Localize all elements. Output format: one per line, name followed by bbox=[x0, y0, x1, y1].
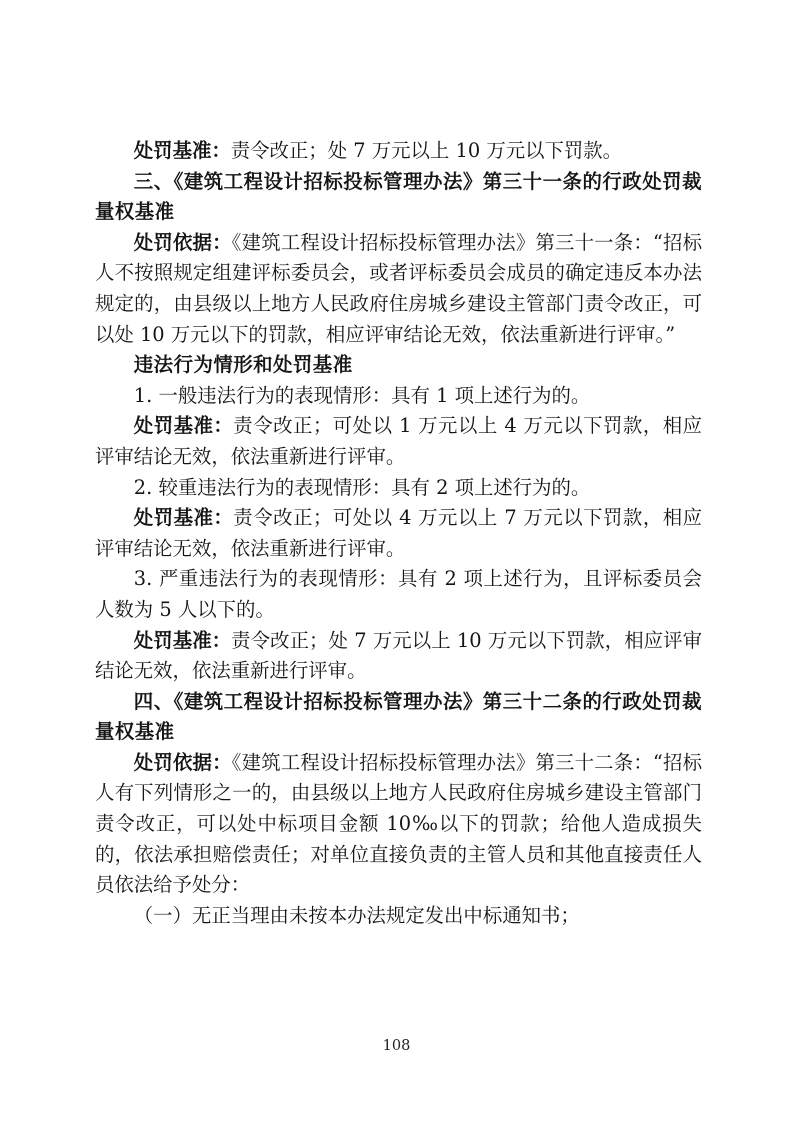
document-page: 处罚基准：责令改正；处 7 万元以上 10 万元以下罚款。三、《建筑工程设计招标… bbox=[0, 0, 793, 1122]
paragraph: 处罚依据：《建筑工程设计招标投标管理办法》第三十二条：“招标人有下列情形之一的，… bbox=[95, 748, 702, 901]
paragraph-label: 处罚基准： bbox=[134, 629, 231, 652]
paragraph-label: 处罚依据： bbox=[134, 231, 232, 254]
paragraph: 3. 严重违法行为的表现情形：具有 2 项上述行为，且评标委员会人数为 5 人以… bbox=[95, 564, 702, 625]
section-heading: 三、《建筑工程设计招标投标管理办法》第三十一条的行政处罚裁量权基准 bbox=[95, 167, 702, 228]
paragraph-label: 处罚基准： bbox=[134, 414, 234, 437]
paragraph-label: 处罚依据： bbox=[134, 751, 232, 774]
page-number: 108 bbox=[0, 1038, 793, 1054]
paragraph: 1. 一般违法行为的表现情形：具有 1 项上述行为的。 bbox=[95, 381, 702, 412]
paragraph: 处罚基准：责令改正；可处以 1 万元以上 4 万元以下罚款，相应评审结论无效，依… bbox=[95, 411, 702, 472]
paragraph: 2. 较重违法行为的表现情形：具有 2 项上述行为的。 bbox=[95, 473, 702, 504]
section-heading: 四、《建筑工程设计招标投标管理办法》第三十二条的行政处罚裁量权基准 bbox=[95, 687, 702, 748]
paragraph: 处罚基准：责令改正；处 7 万元以上 10 万元以下罚款。 bbox=[95, 136, 702, 167]
document-body: 处罚基准：责令改正；处 7 万元以上 10 万元以下罚款。三、《建筑工程设计招标… bbox=[95, 136, 702, 931]
section-heading: 违法行为情形和处罚基准 bbox=[95, 350, 702, 381]
paragraph: 处罚基准：责令改正；处 7 万元以上 10 万元以下罚款，相应评审结论无效，依法… bbox=[95, 626, 702, 687]
paragraph-label: 处罚基准： bbox=[134, 506, 234, 529]
paragraph-label: 处罚基准： bbox=[134, 139, 231, 162]
paragraph: （一）无正当理由未按本办法规定发出中标通知书； bbox=[95, 901, 702, 932]
paragraph: 处罚基准：责令改正；可处以 4 万元以上 7 万元以下罚款，相应评审结论无效，依… bbox=[95, 503, 702, 564]
paragraph: 处罚依据：《建筑工程设计招标投标管理办法》第三十一条：“招标人不按照规定组建评标… bbox=[95, 228, 702, 350]
